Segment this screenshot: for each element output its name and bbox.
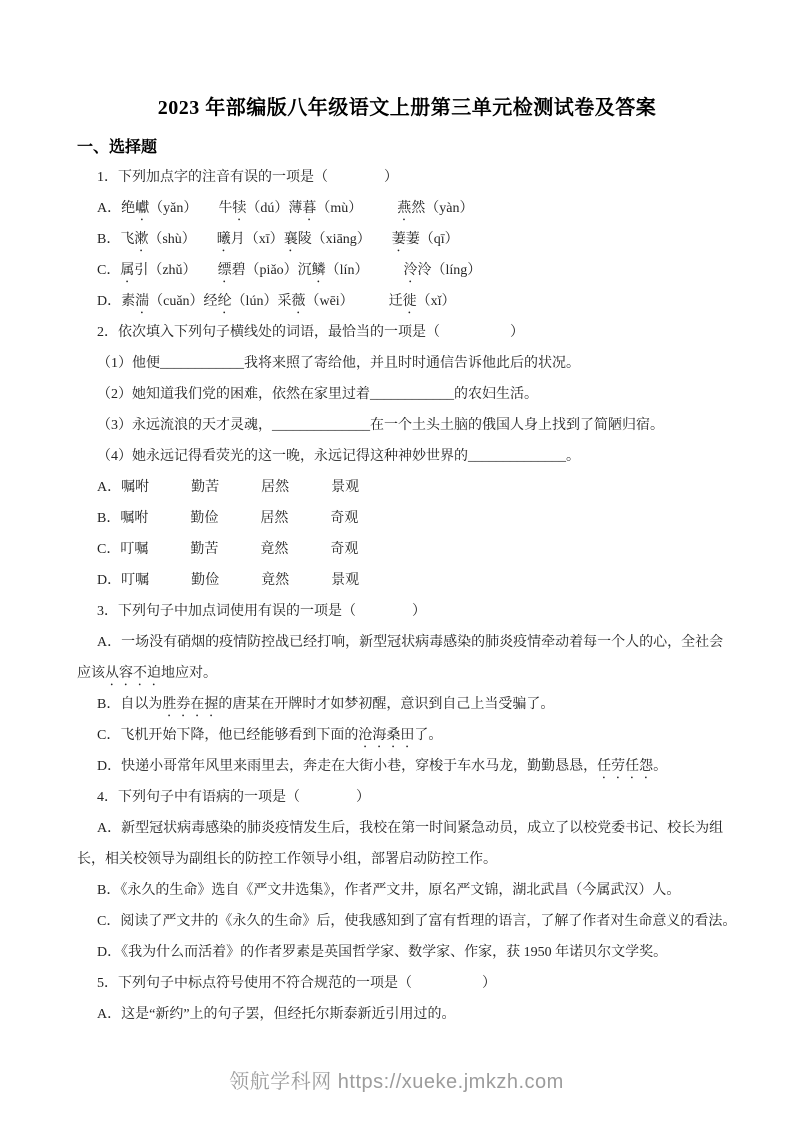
question-3-option-c: C．飞机开始下降，他已经能够看到下面的沧海桑田了。 [77, 720, 737, 751]
text-run: D．《我为什么而活着》的作者罗素是英国哲学家、数学家、作家，获 1950 年诺贝… [97, 945, 667, 960]
text-run: 萋（qī） [406, 232, 459, 247]
text-run: B．嘱咐 勤俭 居然 奇观 [97, 511, 358, 526]
text-run: 3．下列句子中加点词使用有误的一项是（ ） [97, 604, 426, 619]
question-2-item-4: （4）她永远记得看荧光的这一晚，永远记得这种神妙世界的_____________… [77, 441, 737, 472]
document-body: 1．下列加点字的注音有误的一项是（ ）A．绝巘（yǎn） 牛犊（dú）薄暮（mù… [77, 162, 737, 1030]
question-1-stem: 1．下列加点字的注音有误的一项是（ ） [77, 162, 737, 193]
text-run: 月（xī） [231, 232, 284, 247]
text-run: （shù） [148, 232, 216, 247]
text-run: （4）她永远记得看荧光的这一晚，永远记得这种神妙世界的_____________… [97, 449, 580, 464]
text-run: C． [97, 263, 120, 278]
emphasized-text: 犊 [232, 201, 246, 216]
document-title: 2023 年部编版八年级语文上册第三单元检测试卷及答案 [77, 94, 737, 122]
emphasized-text: 沧海桑田 [358, 728, 414, 743]
question-1-option-b: B．飞漱（shù） 曦月（xī）襄陵（xiāng） 萋萋（qī） [77, 224, 737, 255]
emphasized-text: 薇 [291, 294, 305, 309]
text-run: （1）他便____________我将来照了寄给他，并且时时通信告诉他此后的状况… [97, 356, 580, 371]
emphasized-text: 巘 [135, 201, 149, 216]
text-run: A．绝 [97, 201, 135, 216]
emphasized-text: 任劳任怨 [597, 759, 653, 774]
text-run: 泠（líng） [417, 263, 481, 278]
text-run: 然（yàn） [411, 201, 473, 216]
text-run: 。 [653, 759, 667, 774]
text-run: （cuǎn）经 [149, 294, 217, 309]
emphasized-text: 从容不迫 [105, 666, 161, 681]
document-content: 2023 年部编版八年级语文上册第三单元检测试卷及答案 一、选择题 1．下列加点… [77, 94, 737, 1030]
question-4-stem: 4．下列句子中有语病的一项是（ ） [77, 782, 737, 813]
emphasized-text: 漱 [134, 232, 148, 247]
text-run: C．阅读了严文井的《永久的生命》后，使我感知到了富有哲理的语言，了解了作者对生命… [97, 914, 736, 929]
text-run: 了。 [414, 728, 442, 743]
question-2-option-c: C．叮嘱 勤苦 竟然 奇观 [77, 534, 737, 565]
text-run: 引（zhǔ） [134, 263, 217, 278]
text-run: （mù） [316, 201, 397, 216]
question-5-option-a: A．这是“新约”上的句子罢，但经托尔斯泰新近引用过的。 [77, 999, 737, 1030]
emphasized-text: 鳞 [312, 263, 326, 278]
question-2-item-1: （1）他便____________我将来照了寄给他，并且时时通信告诉他此后的状况… [77, 348, 737, 379]
text-run: 1．下列加点字的注音有误的一项是（ ） [97, 170, 398, 185]
question-2-option-d: D．叮嘱 勤俭 竟然 景观 [77, 565, 737, 596]
emphasized-text: 胜券在握 [162, 697, 218, 712]
watermark-text: 领航学科网 https://xueke.jmkzh.com [0, 1065, 793, 1094]
text-run: （3）永远流浪的天才灵魂，______________在一个土头土脑的俄国人身上… [97, 418, 664, 433]
question-2-item-3: （3）永远流浪的天才灵魂，______________在一个土头土脑的俄国人身上… [77, 410, 737, 441]
emphasized-text: 属 [120, 263, 134, 278]
text-run: 4．下列句子中有语病的一项是（ ） [97, 790, 370, 805]
emphasized-text: 湍 [135, 294, 149, 309]
emphasized-text: 襄 [284, 232, 298, 247]
text-run: C．叮嘱 勤苦 竟然 奇观 [97, 542, 358, 557]
text-run: （lín） [326, 263, 404, 278]
text-run: D．素 [97, 294, 135, 309]
text-run: （xǐ） [417, 294, 456, 309]
question-3-stem: 3．下列句子中加点词使用有误的一项是（ ） [77, 596, 737, 627]
question-3-option-d: D．快递小哥常年风里来雨里去，奔走在大街小巷，穿梭于车水马龙，勤勤恳恳，任劳任怨… [77, 751, 737, 782]
emphasized-text: 曦 [217, 232, 231, 247]
text-run: D．快递小哥常年风里来雨里去，奔走在大街小巷，穿梭于车水马龙，勤勤恳恳， [97, 759, 597, 774]
emphasized-text: 暮 [302, 201, 316, 216]
text-run: 2．依次填入下列句子横线处的词语，最恰当的一项是（ ） [97, 325, 524, 340]
question-3-option-a: A．一场没有硝烟的疫情防控战已经打响，新型冠状病毒感染的肺炎疫情牵动着每一个人的… [77, 627, 737, 689]
text-run: B．自以为 [97, 697, 162, 712]
text-run: B．飞 [97, 232, 134, 247]
emphasized-text: 缥 [218, 263, 232, 278]
exam-paper-page: 2023 年部编版八年级语文上册第三单元检测试卷及答案 一、选择题 1．下列加点… [0, 0, 793, 1122]
emphasized-text: 萋 [392, 232, 406, 247]
question-2-option-a: A．嘱咐 勤苦 居然 景观 [77, 472, 737, 503]
text-run: （dú）薄 [246, 201, 302, 216]
question-4-option-b: B．《永久的生命》选自《严文井选集》，作者严文井，原名严文锦，湖北武昌（今属武汉… [77, 875, 737, 906]
text-run: A．新型冠状病毒感染的肺炎疫情发生后，我校在第一时间紧急动员，成立了以校党委书记… [77, 821, 723, 867]
text-run: 的唐某在开牌时才如梦初醒，意识到自己上当受骗了。 [218, 697, 554, 712]
question-2-option-b: B．嘱咐 勤俭 居然 奇观 [77, 503, 737, 534]
question-4-option-c: C．阅读了严文井的《永久的生命》后，使我感知到了富有哲理的语言，了解了作者对生命… [77, 906, 737, 937]
question-1-option-a: A．绝巘（yǎn） 牛犊（dú）薄暮（mù） 燕然（yàn） [77, 193, 737, 224]
text-run: （lún）采 [232, 294, 292, 309]
text-run: C．飞机开始下降，他已经能够看到下面的 [97, 728, 358, 743]
text-run: （wēi） 迁 [305, 294, 402, 309]
emphasized-text: 燕 [397, 201, 411, 216]
text-run: A．嘱咐 勤苦 居然 景观 [97, 480, 359, 495]
text-run: A．这是“新约”上的句子罢，但经托尔斯泰新近引用过的。 [97, 1007, 456, 1022]
emphasized-text: 泠 [403, 263, 417, 278]
question-3-option-b: B．自以为胜券在握的唐某在开牌时才如梦初醒，意识到自己上当受骗了。 [77, 689, 737, 720]
question-2-stem: 2．依次填入下列句子横线处的词语，最恰当的一项是（ ） [77, 317, 737, 348]
emphasized-text: 纶 [218, 294, 232, 309]
text-run: 5．下列句子中标点符号使用不符合规范的一项是（ ） [97, 976, 496, 991]
question-1-option-d: D．素湍（cuǎn）经纶（lún）采薇（wēi） 迁徙（xǐ） [77, 286, 737, 317]
text-run: 陵（xiāng） [298, 232, 392, 247]
text-run: 碧（piǎo）沉 [232, 263, 312, 278]
text-run: B．《永久的生命》选自《严文井选集》，作者严文井，原名严文锦，湖北武昌（今属武汉… [97, 883, 680, 898]
question-4-option-a: A．新型冠状病毒感染的肺炎疫情发生后，我校在第一时间紧急动员，成立了以校党委书记… [77, 813, 737, 875]
question-5-stem: 5．下列句子中标点符号使用不符合规范的一项是（ ） [77, 968, 737, 999]
text-run: 地应对。 [161, 666, 217, 681]
question-4-option-d: D．《我为什么而活着》的作者罗素是英国哲学家、数学家、作家，获 1950 年诺贝… [77, 937, 737, 968]
question-2-item-2: （2）她知道我们党的困难，依然在家里过着____________的农妇生活。 [77, 379, 737, 410]
text-run: （2）她知道我们党的困难，依然在家里过着____________的农妇生活。 [97, 387, 538, 402]
emphasized-text: 徙 [403, 294, 417, 309]
text-run: （yǎn） 牛 [149, 201, 232, 216]
question-1-option-c: C．属引（zhǔ） 缥碧（piǎo）沉鳞（lín） 泠泠（líng） [77, 255, 737, 286]
section-heading-multiple-choice: 一、选择题 [77, 137, 737, 159]
text-run: D．叮嘱 勤俭 竟然 景观 [97, 573, 359, 588]
